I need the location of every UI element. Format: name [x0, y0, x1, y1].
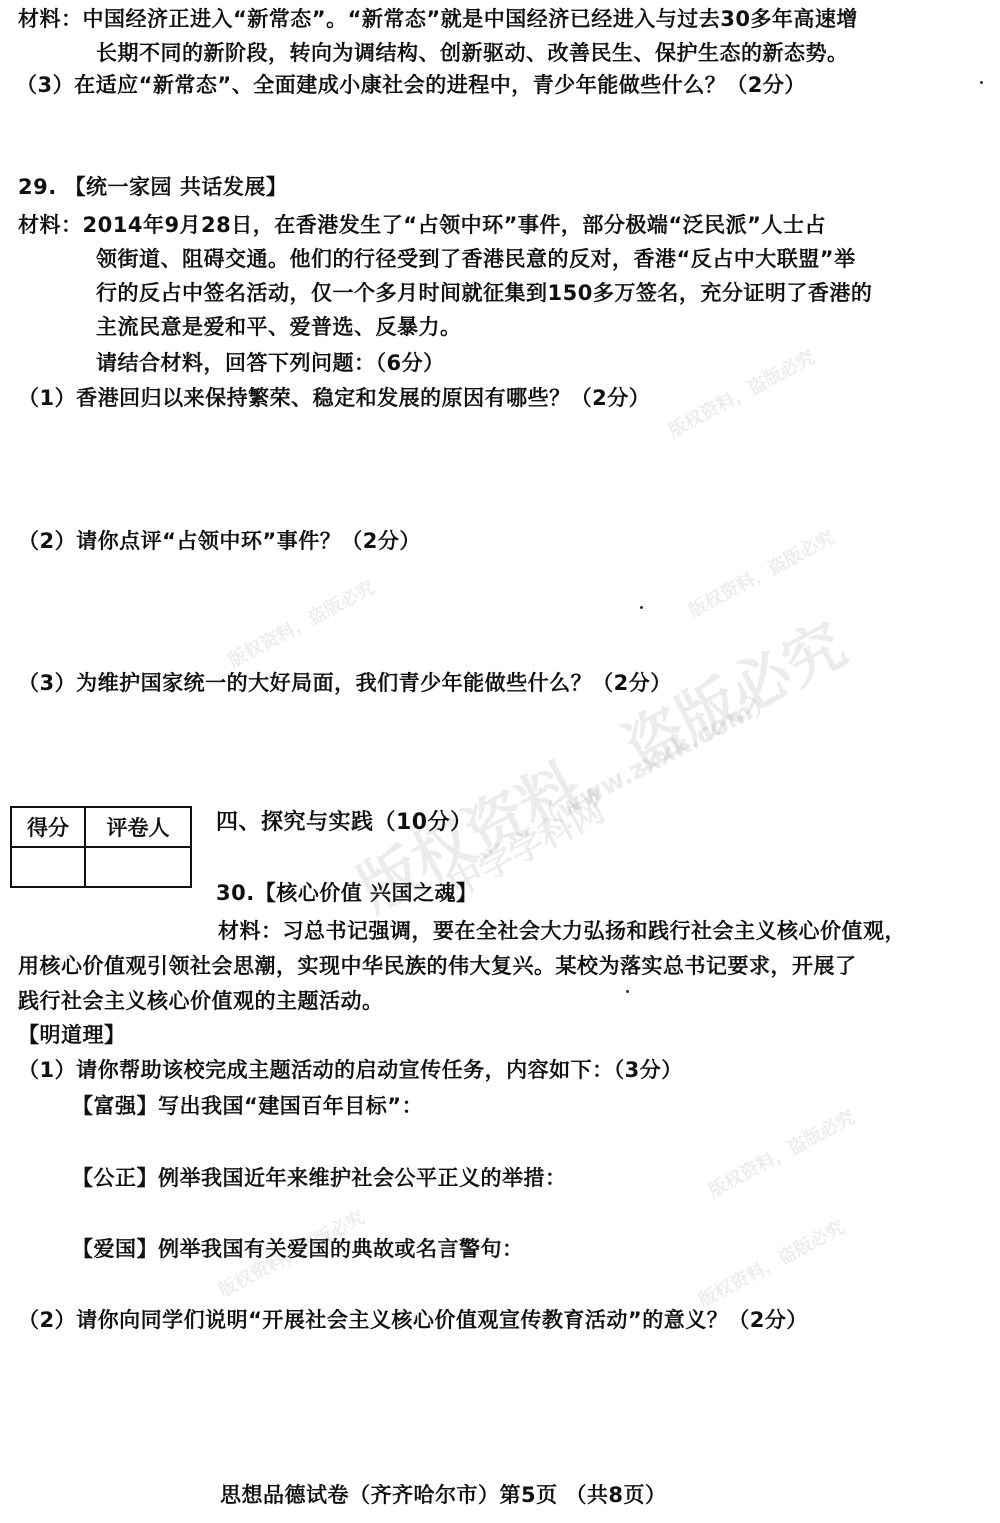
- score-cell[interactable]: [11, 847, 85, 887]
- q29-material-line1: 材料：2014年9月28日，在香港发生了“占领中环”事件，部分极端“泛民派”人士…: [18, 212, 826, 238]
- q29-instruction: 请结合材料，回答下列问题：（6分）: [96, 350, 445, 376]
- q30-heading: 30.【核心价值 兴国之魂】: [216, 880, 478, 906]
- watermark-url: （www.zxxk.com）: [527, 679, 781, 838]
- q28-material-line1: 材料：中国经济正进入“新常态”。“新常态”就是中国经济已经进入与过去30多年高速…: [18, 6, 858, 32]
- q30-aiguo: 【爱国】例举我国有关爱国的典故或名言警句：: [72, 1236, 524, 1262]
- q29-subquestion-1: （1）香港回归以来保持繁荣、稳定和发展的原因有哪些？（2分）: [18, 385, 650, 411]
- q30-subquestion-2: （2）请你向同学们说明“开展社会主义核心价值观宣传教育活动”的意义？（2分）: [18, 1307, 808, 1333]
- watermark-small: 版权资料，盗版必究: [223, 573, 378, 672]
- q29-heading: 29. 【统一家园 共话发展】: [18, 174, 287, 200]
- q30-material-line1: 材料：习总书记强调，要在全社会大力弘扬和践行社会主义核心价值观，: [218, 918, 906, 944]
- q29-material-line4: 主流民意是爱和平、爱普选、反暴力。: [96, 314, 462, 340]
- page-footer: 思想品德试卷（齐齐哈尔市）第5页 （共8页）: [220, 1482, 667, 1508]
- q30-mingdaoli: 【明道理】: [18, 1022, 126, 1048]
- q29-material-line3: 行的反占中签名活动，仅一个多月时间就征集到150多万签名，充分证明了香港的: [96, 280, 872, 306]
- watermark-small: 版权资料，盗版必究: [683, 523, 838, 622]
- score-table: 得分 评卷人: [10, 806, 192, 888]
- grader-cell[interactable]: [85, 847, 191, 887]
- grader-header: 评卷人: [85, 807, 191, 847]
- q29-subquestion-2: （2）请你点评“占领中环”事件？（2分）: [18, 528, 421, 554]
- q30-fuqiang: 【富强】写出我国“建国百年目标”：: [72, 1093, 423, 1119]
- q28-subquestion-3: （3）在适应“新常态”、全面建成小康社会的进程中，青少年能做些什么？（2分）: [16, 72, 806, 98]
- watermark-small: 版权资料，盗版必究: [703, 1103, 858, 1202]
- watermark-small: 版权资料，盗版必究: [663, 343, 818, 442]
- q30-material-line2: 用核心价值观引领社会思潮，实现中华民族的伟大复兴。某校为落实总书记要求，开展了: [18, 953, 857, 979]
- scan-speck: [626, 990, 629, 993]
- q29-subquestion-3: （3）为维护国家统一的大好局面，我们青少年能做些什么？（2分）: [18, 670, 672, 696]
- watermark: 版权资料，盗版必究: [341, 598, 858, 927]
- q30-gongzheng: 【公正】例举我国近年来维护社会公平正义的举措：: [72, 1165, 567, 1191]
- q29-material-line2: 领街道、阻碍交通。他们的行径受到了香港民意的反对，香港“反占中大联盟”举: [96, 246, 856, 272]
- scan-speck: [980, 81, 983, 84]
- q30-material-line3: 践行社会主义核心价值观的主题活动。: [18, 988, 384, 1014]
- q28-material-line2: 长期不同的新阶段，转向为调结构、创新驱动、改善民生、保护生态的新态势。: [96, 40, 849, 66]
- scan-speck: [640, 606, 643, 609]
- section-4-title: 四、探究与实践（10分）: [216, 810, 473, 836]
- q30-subquestion-1: （1）请你帮助该校完成主题活动的启动宣传任务，内容如下：（3分）: [18, 1057, 683, 1083]
- watermark-small: 版权资料，盗版必究: [693, 1213, 848, 1312]
- score-header: 得分: [11, 807, 85, 847]
